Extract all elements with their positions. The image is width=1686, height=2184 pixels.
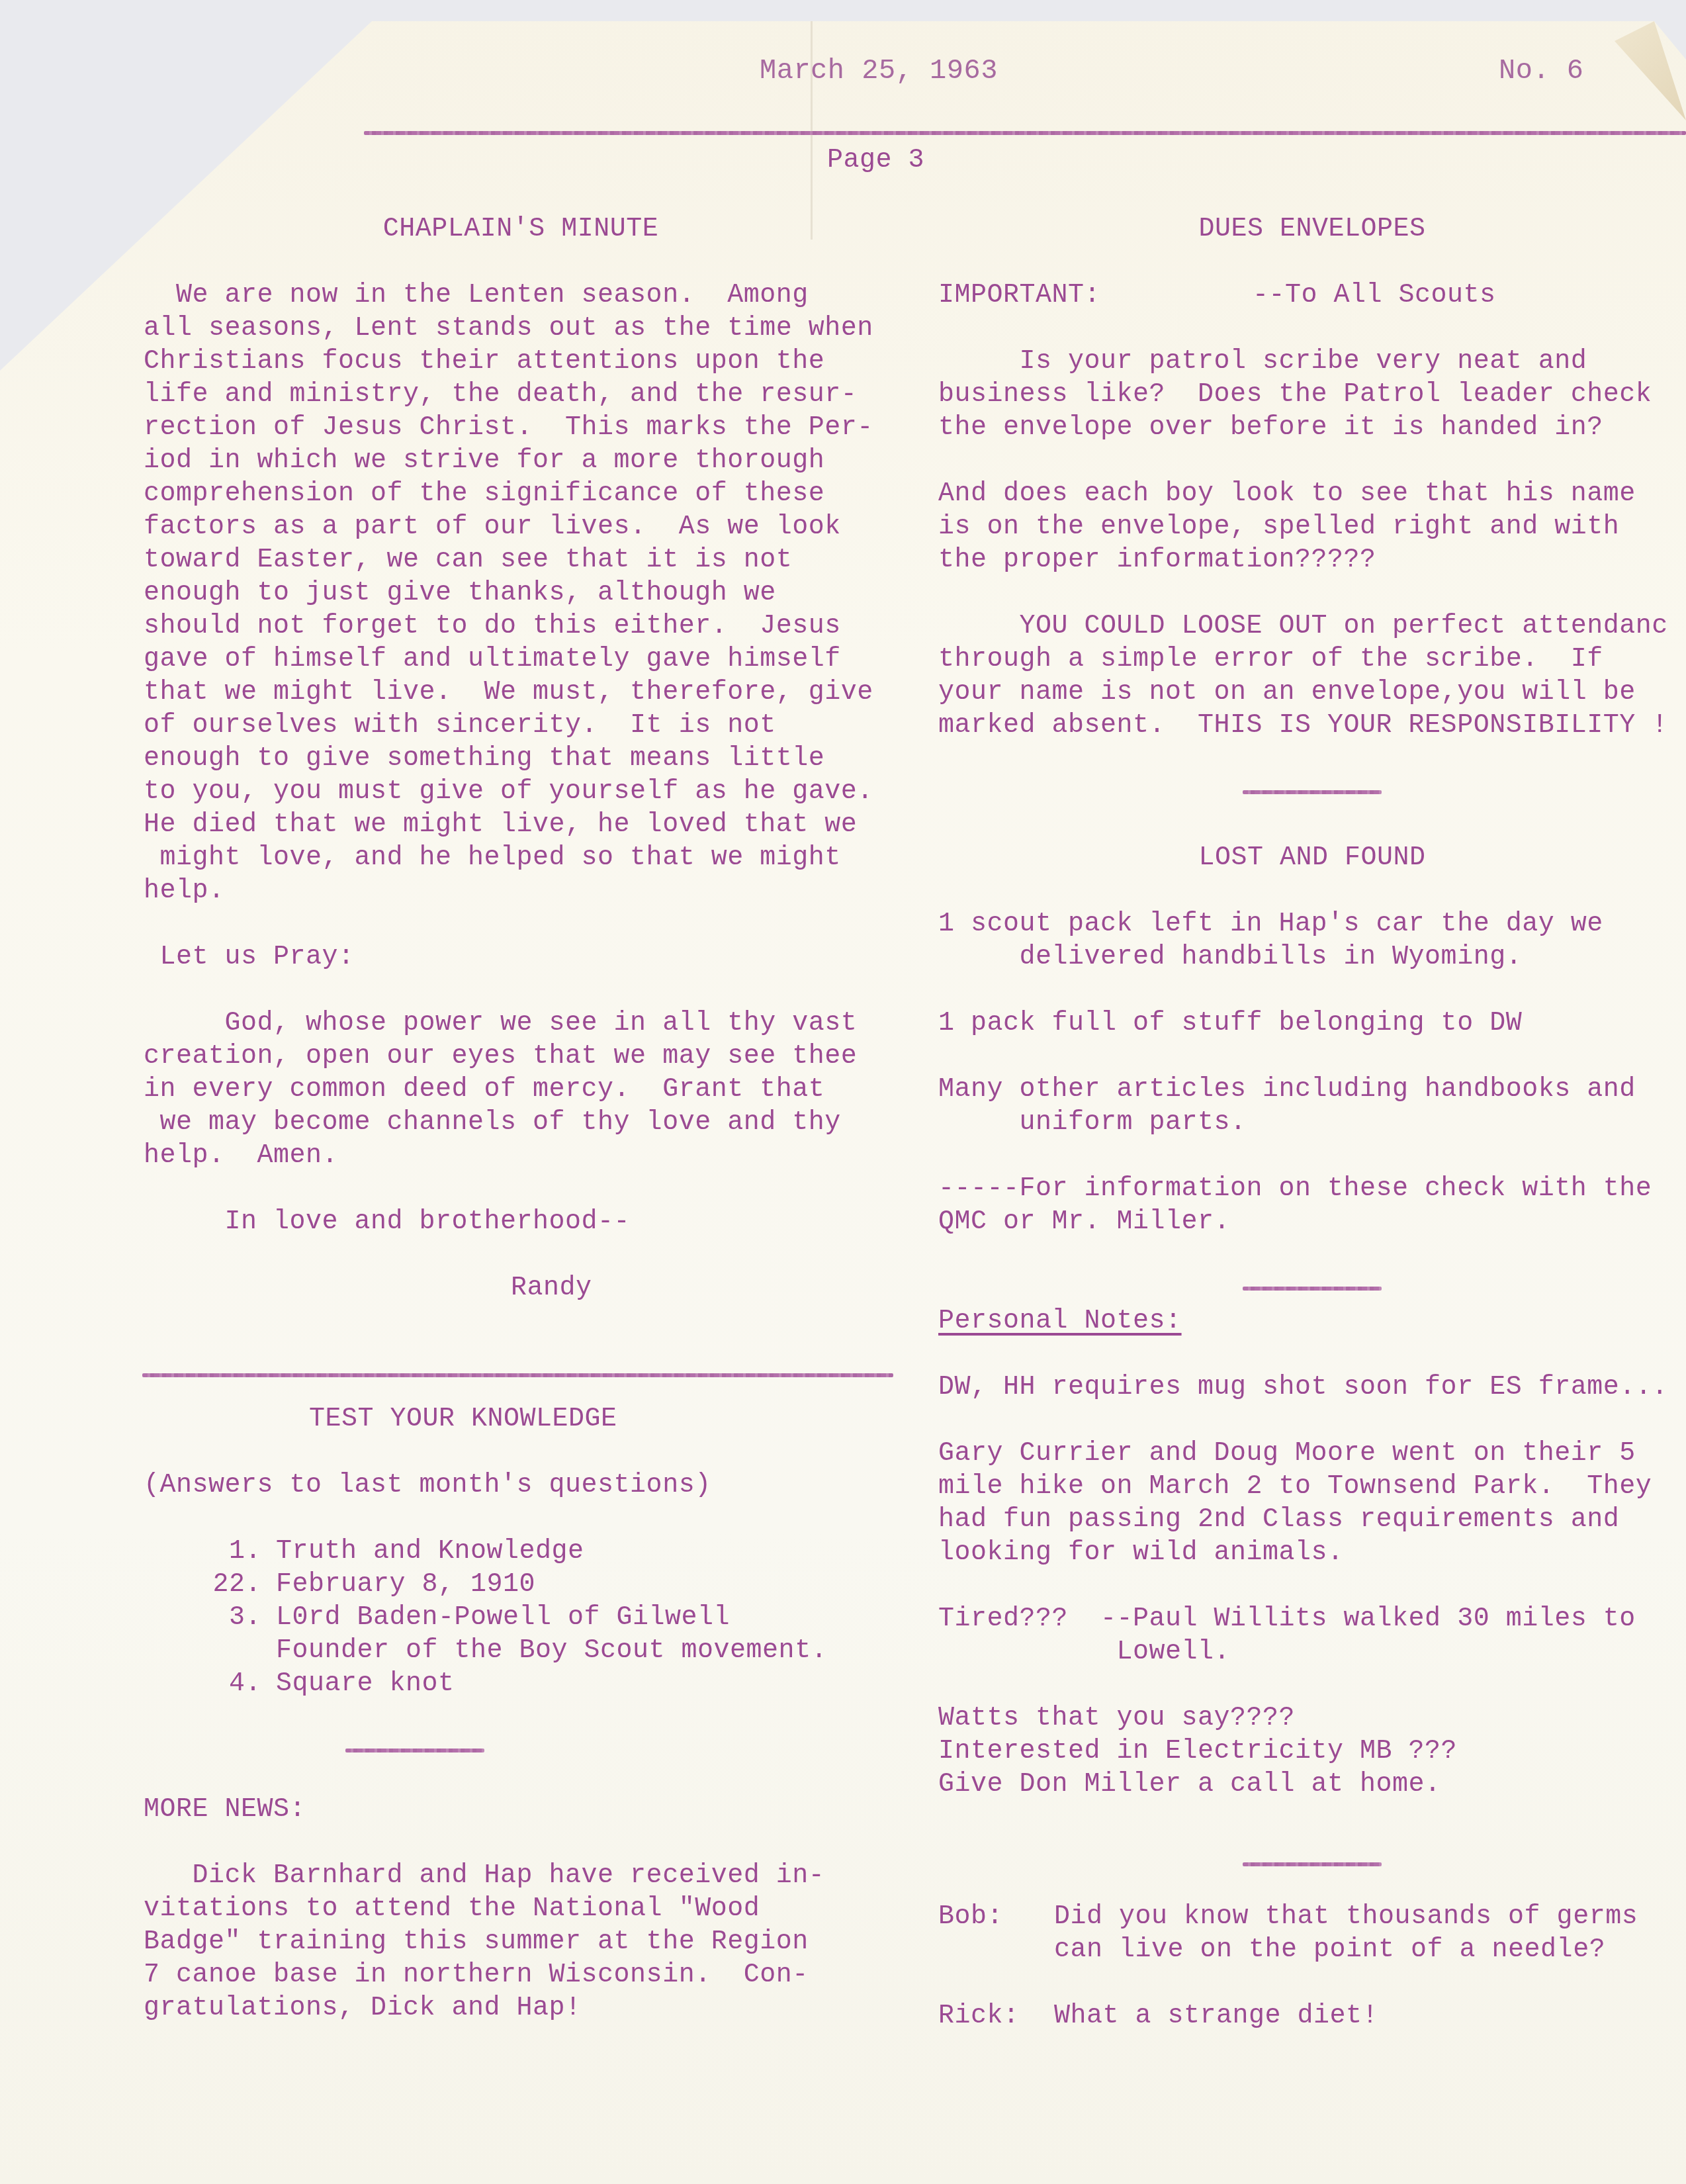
answer-item: 3.L0rd Baden-Powell of Gilwell [144, 1602, 898, 1635]
lost-items-list: 1 scout pack left in Hap's car the day w… [938, 908, 1686, 1173]
news-text-line: Badge" training this summer at the Regio… [144, 1926, 898, 1959]
test-knowledge-heading: TEST YOUR KNOWLEDGE [144, 1403, 898, 1436]
dues-text-line: the proper information????? [938, 544, 1686, 577]
note-text-line: Watts that you say???? [938, 1702, 1686, 1735]
chaplain-text-line: should not forget to do this either. Jes… [144, 610, 898, 643]
answer-number: 3. [144, 1602, 276, 1635]
chaplain-text-line: gave of himself and ultimately gave hims… [144, 643, 898, 676]
dues-text-line: And does each boy look to see that his n… [938, 478, 1686, 511]
important-line: IMPORTANT:--To All Scouts [938, 279, 1686, 312]
speaker-rick: Rick: [938, 2000, 1054, 2033]
personal-notes-heading: Personal Notes: [938, 1305, 1686, 1338]
short-divider [1243, 790, 1382, 794]
chaplain-text-line: might love, and he helped so that we mig… [144, 842, 898, 875]
chaplain-text-line: comprehension of the significance of the… [144, 478, 898, 511]
chaplains-minute-section: CHAPLAIN'S MINUTE We are now in the Lent… [144, 213, 898, 1305]
prayer-text-line: help. Amen. [144, 1140, 898, 1173]
note-text-line: Give Don Miller a call at home. [938, 1768, 1686, 1801]
chaplain-text-line: rection of Jesus Christ. This marks the … [144, 412, 898, 445]
answer-number: 22. [144, 1569, 276, 1602]
answer-number: 4. [144, 1668, 276, 1701]
news-text-line: vitations to attend the National "Wood [144, 1893, 898, 1926]
short-divider [345, 1749, 484, 1752]
prayer-intro: Let us Pray: [144, 941, 898, 974]
answer-text: Square knot [276, 1668, 455, 1701]
chaplain-text-line: to you, you must give of yourself as he … [144, 776, 898, 809]
answer-text: Founder of the Boy Scout movement. [276, 1635, 827, 1668]
chaplains-minute-heading: CHAPLAIN'S MINUTE [144, 213, 898, 246]
chaplain-text-line: enough to give something that means litt… [144, 743, 898, 776]
dues-text-line: marked absent. THIS IS YOUR RESPONSIBILI… [938, 709, 1686, 743]
chaplain-text-line: He died that we might live, he loved tha… [144, 809, 898, 842]
test-knowledge-subheading: (Answers to last month's questions) [144, 1469, 898, 1502]
left-column: CHAPLAIN'S MINUTE We are now in the Lent… [144, 213, 898, 1305]
right-column: DUES ENVELOPES IMPORTANT:--To All Scouts… [938, 213, 1686, 2033]
dues-paragraph-1: Is your patrol scribe very neat andbusin… [938, 345, 1686, 445]
dues-text-line: is on the envelope, spelled right and wi… [938, 511, 1686, 544]
note-text-line: had fun passing 2nd Class requirements a… [938, 1504, 1686, 1537]
chaplain-text-line: life and ministry, the death, and the re… [144, 379, 898, 412]
chaplain-text-line: Christians focus their attentions upon t… [144, 345, 898, 379]
lost-item: 1 pack full of stuff belonging to DW [938, 1007, 1686, 1073]
dues-paragraph-2: And does each boy look to see that his n… [938, 478, 1686, 577]
news-text-line: gratulations, Dick and Hap! [144, 1992, 898, 2025]
lost-item-text: 1 pack full of stuff belonging to DW [938, 1007, 1686, 1040]
joke-text-line: What a strange diet! [1054, 2000, 1378, 2033]
note-text-line: Lowell. [938, 1636, 1686, 1669]
news-text-line: 7 canoe base in northern Wisconsin. Con- [144, 1959, 898, 1992]
note-text-line: mile hike on March 2 to Townsend Park. T… [938, 1471, 1686, 1504]
lost-item-text: Many other articles including handbooks … [938, 1073, 1686, 1107]
chaplain-text-line: iod in which we strive for a more thorou… [144, 445, 898, 478]
dues-envelopes-heading: DUES ENVELOPES [938, 213, 1686, 246]
dues-text-line: YOU COULD LOOSE OUT on perfect attendanc [938, 610, 1686, 643]
joke-question: Did you know that thousands of germscan … [1054, 1901, 1638, 1967]
lost-item: 1 scout pack left in Hap's car the day w… [938, 908, 1686, 1007]
lost-found-footer-line: QMC or Mr. Miller. [938, 1206, 1686, 1239]
answer-item: 1.Truth and Knowledge [144, 1535, 898, 1569]
chaplain-text-line: factors as a part of our lives. As we lo… [144, 511, 898, 544]
note-text-line: Interested in Electricity MB ??? [938, 1735, 1686, 1768]
chaplain-text-line: of ourselves with sincerity. It is not [144, 709, 898, 743]
lost-found-footer-line: -----For information on these check with… [938, 1173, 1686, 1206]
dues-text-line: the envelope over before it is handed in… [938, 412, 1686, 445]
prayer-text-line: God, whose power we see in all thy vast [144, 1007, 898, 1040]
personal-note: Tired??? --Paul Willits walked 30 miles … [938, 1603, 1686, 1669]
masthead-date: March 25, 1963 [760, 54, 998, 87]
prayer-body: God, whose power we see in all thy vastc… [144, 1007, 898, 1173]
dues-envelopes-section: DUES ENVELOPES IMPORTANT:--To All Scouts… [938, 213, 1686, 743]
answer-text: L0rd Baden-Powell of Gilwell [276, 1602, 730, 1635]
short-divider [1243, 1287, 1382, 1291]
personal-note: Gary Currier and Doug Moore went on thei… [938, 1437, 1686, 1570]
lost-item-text: 1 scout pack left in Hap's car the day w… [938, 908, 1686, 941]
lost-item-text: uniform parts. [938, 1107, 1686, 1140]
lost-item-text: delivered handbills in Wyoming. [938, 941, 1686, 974]
answer-text: February 8, 1910 [276, 1569, 535, 1602]
speaker-bob: Bob: [938, 1901, 1054, 1967]
chaplain-text-line: enough to just give thanks, although we [144, 577, 898, 610]
lost-item: Many other articles including handbooks … [938, 1073, 1686, 1173]
joke-text-line: can live on the point of a needle? [1054, 1934, 1638, 1967]
answer-text: Truth and Knowledge [276, 1535, 584, 1569]
joke-section: Bob: Did you know that thousands of germ… [938, 1901, 1686, 2033]
dues-text-line: Is your patrol scribe very neat and [938, 345, 1686, 379]
section-divider [142, 1373, 893, 1377]
closing-line: In love and brotherhood-- [144, 1206, 898, 1239]
lost-and-found-heading: LOST AND FOUND [938, 842, 1686, 875]
note-text-line: Gary Currier and Doug Moore went on thei… [938, 1437, 1686, 1471]
prayer-text-line: in every common deed of mercy. Grant tha… [144, 1073, 898, 1107]
important-label: IMPORTANT: [938, 281, 1100, 310]
answers-list: 1.Truth and Knowledge22.February 8, 1910… [144, 1535, 898, 1701]
masthead-divider [364, 131, 1686, 135]
more-news-heading: MORE NEWS: [144, 1794, 898, 1827]
masthead-issue-number: No. 6 [1499, 54, 1584, 87]
signature: Randy [144, 1272, 898, 1305]
page-number: Page 3 [827, 144, 924, 177]
chaplain-text-line: toward Easter, we can see that it is not [144, 544, 898, 577]
important-recipient: --To All Scouts [1253, 281, 1496, 310]
answer-item: 22.February 8, 1910 [144, 1569, 898, 1602]
joke-line-bob: Bob: Did you know that thousands of germ… [938, 1901, 1686, 1967]
answer-item: 4.Square knot [144, 1668, 898, 1701]
dues-paragraph-3: YOU COULD LOOSE OUT on perfect attendanc… [938, 610, 1686, 743]
prayer-text-line: creation, open our eyes that we may see … [144, 1040, 898, 1073]
dues-text-line: through a simple error of the scribe. If [938, 643, 1686, 676]
lost-and-found-section: LOST AND FOUND 1 scout pack left in Hap'… [938, 842, 1686, 1239]
note-text-line: Tired??? --Paul Willits walked 30 miles … [938, 1603, 1686, 1636]
newsletter-page: March 25, 1963 No. 6 Page 3 CHAPLAIN'S M… [0, 0, 1686, 2184]
answer-number [144, 1635, 276, 1668]
more-news-body: Dick Barnhard and Hap have received in-v… [144, 1860, 898, 2025]
chaplains-minute-body: We are now in the Lenten season. Amongal… [144, 279, 898, 908]
prayer-text-line: we may become channels of thy love and t… [144, 1107, 898, 1140]
personal-note: Watts that you say????Interested in Elec… [938, 1702, 1686, 1801]
news-text-line: Dick Barnhard and Hap have received in- [144, 1860, 898, 1893]
joke-answer: What a strange diet! [1054, 2000, 1378, 2033]
joke-text-line: Did you know that thousands of germs [1054, 1901, 1638, 1934]
dues-text-line: your name is not on an envelope,you will… [938, 676, 1686, 709]
test-your-knowledge-section: TEST YOUR KNOWLEDGE (Answers to last mon… [144, 1403, 898, 1701]
more-news-section: MORE NEWS: Dick Barnhard and Hap have re… [144, 1794, 898, 2025]
chaplain-text-line: that we might live. We must, therefore, … [144, 676, 898, 709]
chaplain-text-line: We are now in the Lenten season. Among [144, 279, 898, 312]
short-divider [1243, 1862, 1382, 1866]
personal-notes-section: Personal Notes: DW, HH requires mug shot… [938, 1305, 1686, 1801]
dues-text-line: business like? Does the Patrol leader ch… [938, 379, 1686, 412]
joke-line-rick: Rick: What a strange diet! [938, 2000, 1686, 2033]
chaplain-text-line: all seasons, Lent stands out as the time… [144, 312, 898, 345]
chaplain-text-line: help. [144, 875, 898, 908]
lost-and-found-footer: -----For information on these check with… [938, 1173, 1686, 1239]
answer-item: Founder of the Boy Scout movement. [144, 1635, 898, 1668]
left-column-lower: TEST YOUR KNOWLEDGE (Answers to last mon… [144, 1403, 898, 2025]
personal-note: DW, HH requires mug shot soon for ES fra… [938, 1371, 1686, 1404]
answer-number: 1. [144, 1535, 276, 1569]
note-text-line: looking for wild animals. [938, 1537, 1686, 1570]
